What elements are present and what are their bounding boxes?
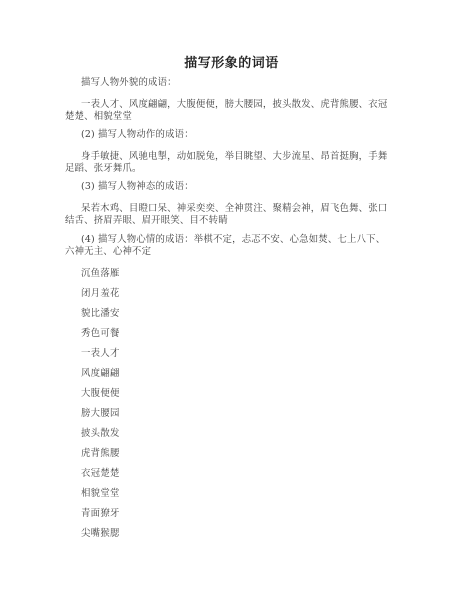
paragraph-expression-heading: (3) 描写人物神态的成语： [65, 181, 393, 193]
list-item: 沉鱼落雁 [81, 268, 120, 288]
list-item: 膀大腰园 [81, 408, 120, 428]
list-item: 青面獠牙 [81, 508, 120, 528]
list-item: 闭月羞花 [81, 288, 120, 308]
list-item: 相貌堂堂 [81, 488, 120, 508]
list-item: 一表人才 [81, 348, 120, 368]
list-item: 貌比潘安 [81, 308, 120, 328]
list-item: 披头散发 [81, 428, 120, 448]
paragraph-action-heading: (2) 描写人物动作的成语： [65, 129, 393, 141]
idiom-word-list: 沉鱼落雁 闭月羞花 貌比潘安 秀色可餐 一表人才 风度翩翩 大腹便便 膀大腰园 … [81, 268, 120, 548]
document-title: 描写形象的词语 [0, 52, 463, 71]
list-item: 衣冠楚楚 [81, 468, 120, 488]
paragraph-appearance-idioms: 一表人才、风度翩翩，大腹便便，膀大腰园，披头散发、虎背熊腰、衣冠楚楚、相貌堂堂 [65, 99, 393, 123]
list-item: 大腹便便 [81, 388, 120, 408]
list-item: 风度翩翩 [81, 368, 120, 388]
list-item: 虎背熊腰 [81, 448, 120, 468]
list-item: 尖嘴猴腮 [81, 528, 120, 548]
paragraph-mood-idioms: (4) 描写人物心情的成语：举棋不定，忐忑不安、心急如焚、七上八下、六神无主、心… [65, 234, 393, 258]
paragraph-appearance-heading: 描写人物外貌的成语： [65, 77, 393, 89]
document-page: 描写形象的词语 描写人物外貌的成语： 一表人才、风度翩翩，大腹便便，膀大腰园，披… [0, 0, 463, 600]
paragraph-expression-idioms: 呆若木鸡、目瞪口呆、神采奕奕、全神贯注、聚精会神，眉飞色舞、张口结舌、挤眉弄眼、… [65, 203, 393, 227]
paragraph-action-idioms: 身手敏捷、风驰电掣，动如脱兔，举目眺望、大步流星、昂首挺胸，手舞足蹈、张牙舞爪。 [65, 151, 393, 175]
list-item: 秀色可餐 [81, 328, 120, 348]
